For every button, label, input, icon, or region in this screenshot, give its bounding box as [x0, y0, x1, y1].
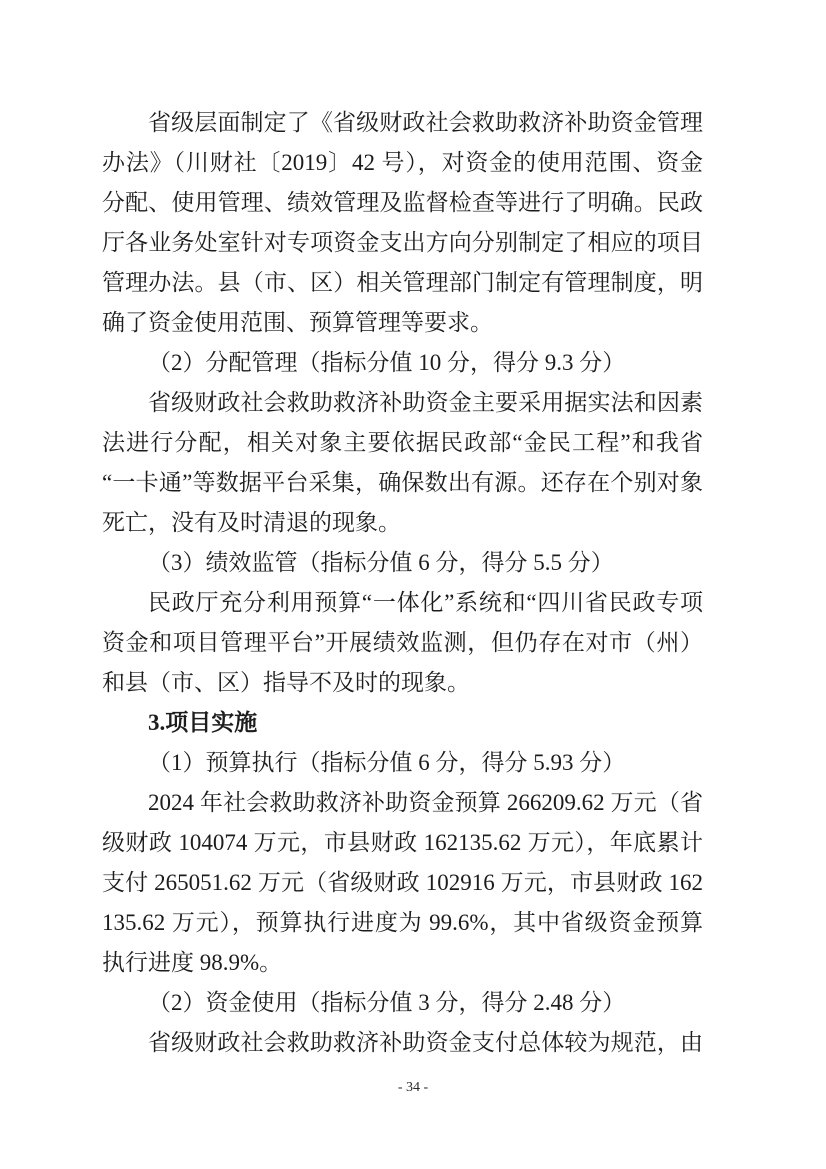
document-page: 省级层面制定了《省级财政社会救助救济补助资金管理办法》（川财社〔2019〕42 … [0, 0, 826, 1169]
paragraph-item-fund-usage: （2）资金使用（指标分值 3 分，得分 2.48 分） [102, 983, 703, 1023]
paragraph-allocation-detail: 省级财政社会救助救济补助资金主要采用据实法和因素法进行分配，相关对象主要依据民政… [102, 383, 703, 543]
document-body: 省级层面制定了《省级财政社会救助救济补助资金管理办法》（川财社〔2019〕42 … [102, 103, 703, 1063]
paragraph-item-allocation-management: （2）分配管理（指标分值 10 分，得分 9.3 分） [102, 343, 703, 383]
paragraph-item-performance-supervision: （3）绩效监管（指标分值 6 分，得分 5.5 分） [102, 543, 703, 583]
page-number: - 34 - [0, 1079, 826, 1097]
paragraph-fund-usage-detail-continued: 省级财政社会救助救济补助资金支付总体较为规范，由 [102, 1023, 703, 1063]
section-heading-project-implementation: 3.项目实施 [102, 703, 703, 743]
paragraph-item-budget-execution: （1）预算执行（指标分值 6 分，得分 5.93 分） [102, 743, 703, 783]
paragraph-fund-management-measures: 省级层面制定了《省级财政社会救助救济补助资金管理办法》（川财社〔2019〕42 … [102, 103, 703, 343]
paragraph-budget-execution-detail: 2024 年社会救助救济补助资金预算 266209.62 万元（省级财政 104… [102, 783, 703, 983]
paragraph-performance-supervision-detail: 民政厅充分利用预算“一体化”系统和“四川省民政专项资金和项目管理平台”开展绩效监… [102, 583, 703, 703]
